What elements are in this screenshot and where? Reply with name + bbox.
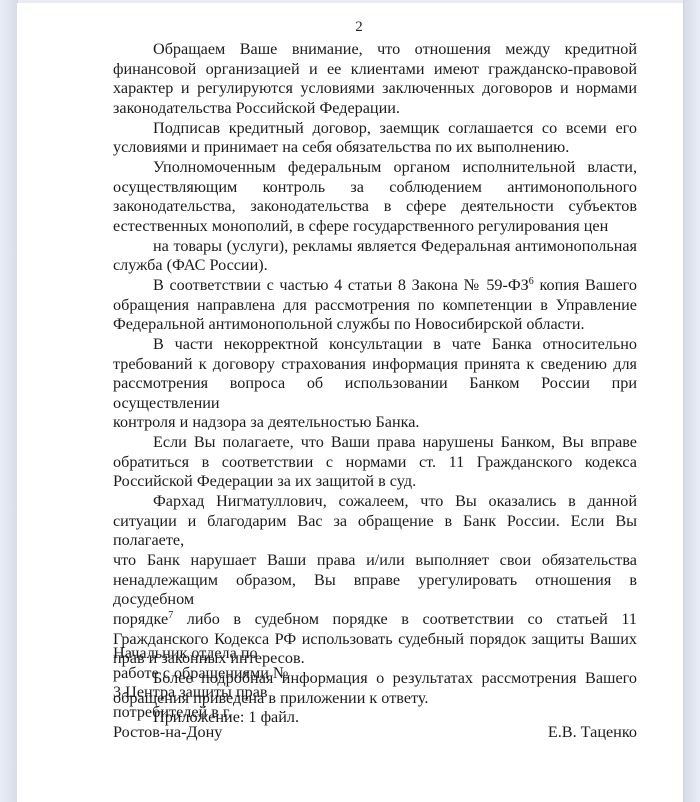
- signatory-position-line: Начальник отдела по: [113, 644, 637, 664]
- signatory-position-line: потребителей в г.: [113, 703, 637, 723]
- paragraph: В части некорректной консультации в чате…: [113, 335, 637, 433]
- paragraph: Обращаем Ваше внимание, что отношения ме…: [113, 40, 637, 119]
- signatory-position-line: 3 Центра защиты прав: [113, 683, 637, 703]
- letter-body: Обращаем Ваше внимание, что отношения ме…: [113, 40, 637, 728]
- signatory-name: Е.В. Таценко: [548, 723, 637, 743]
- paragraph: Уполномоченным федеральным органом испол…: [113, 158, 637, 237]
- paragraph: Если Вы полагаете, что Ваши права наруше…: [113, 433, 637, 492]
- document-page: 2 Обращаем Ваше внимание, что отношения …: [17, 3, 683, 802]
- paragraph: В соответствии с частью 4 статьи 8 Закон…: [113, 276, 637, 335]
- signature-block: Начальник отдела по работе с обращениями…: [113, 644, 637, 742]
- viewer-left-margin: [0, 0, 18, 802]
- viewer-right-margin: [683, 0, 700, 802]
- paragraph: на товары (услуги), рекламы является Фед…: [113, 237, 637, 276]
- paragraph: Подписав кредитный договор, заемщик согл…: [113, 119, 637, 158]
- page-number: 2: [26, 19, 692, 36]
- signatory-position-line: работе с обращениями №: [113, 664, 637, 684]
- paragraph: Фархад Нигматуллович, сожалеем, что Вы о…: [113, 492, 637, 669]
